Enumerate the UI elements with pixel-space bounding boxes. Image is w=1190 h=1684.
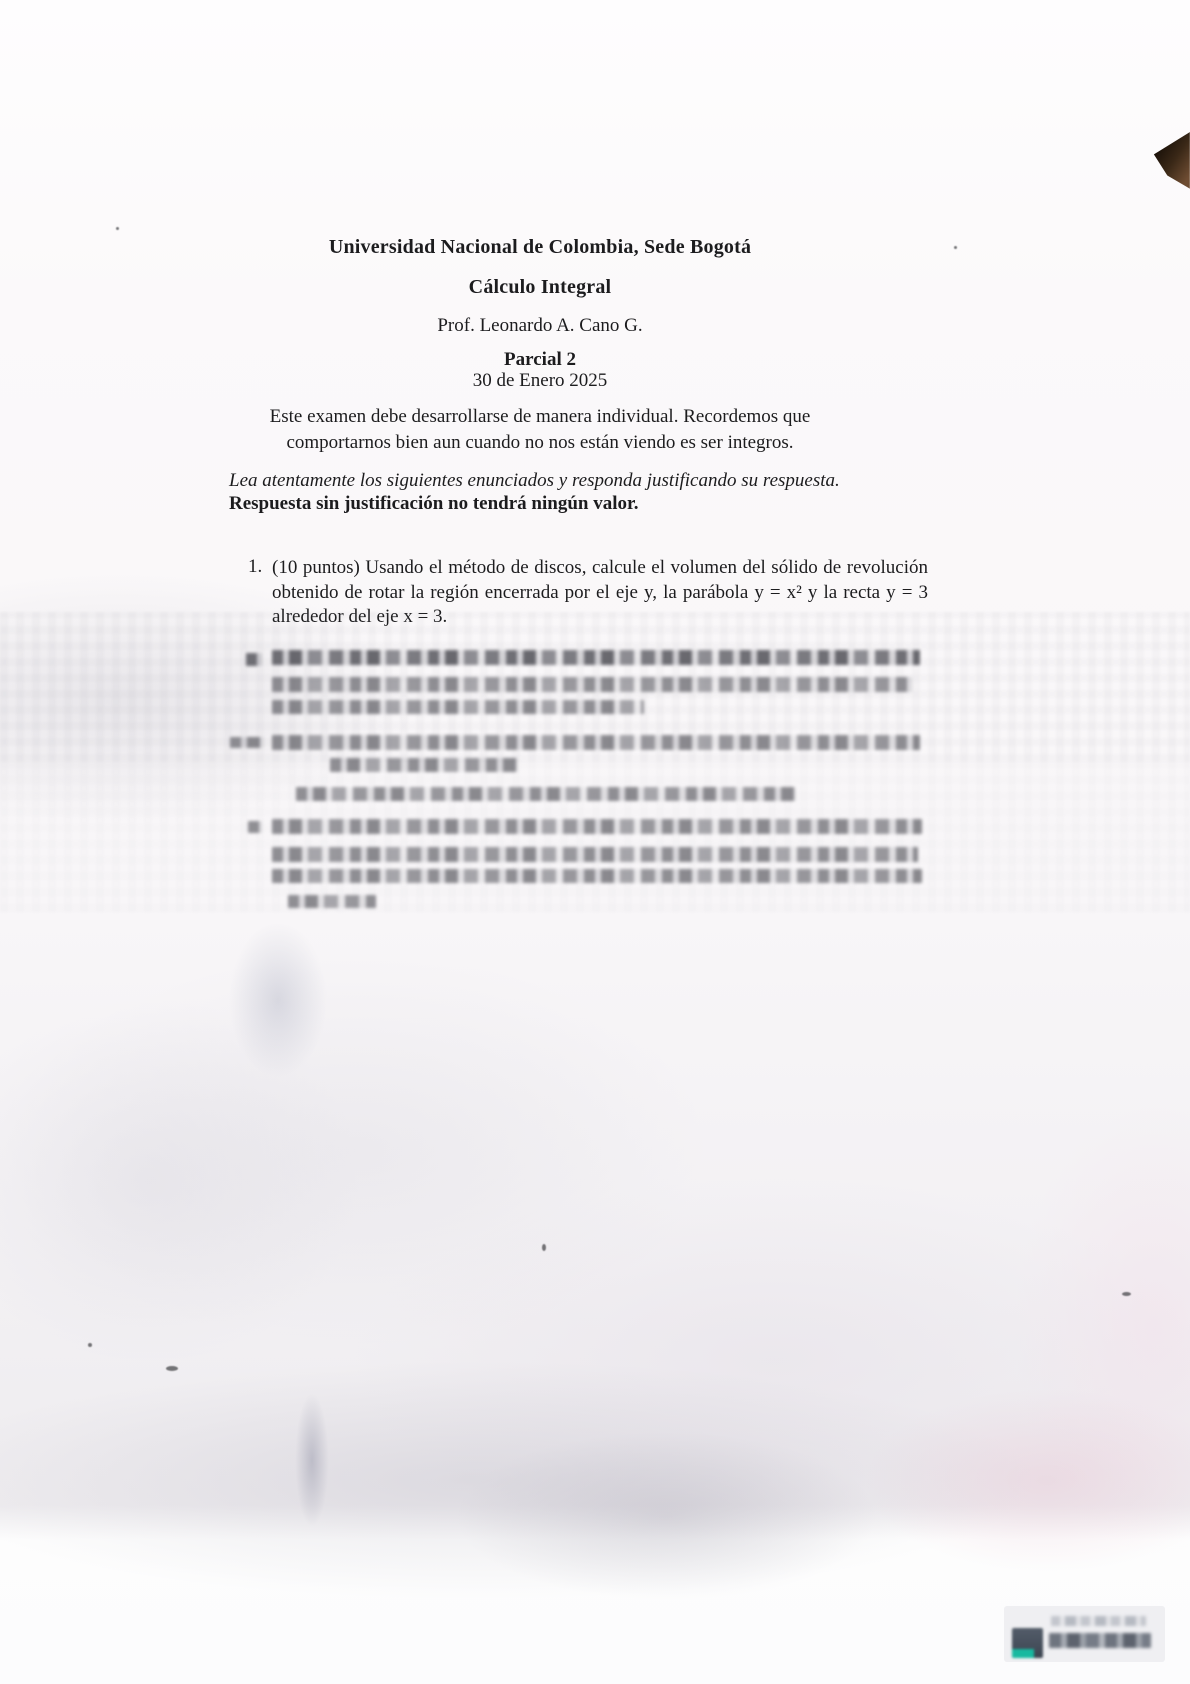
professor-name: Prof. Leonardo A. Cano G. [190,315,890,337]
watermark-text-top [1051,1616,1146,1626]
instruction-warning: Respuesta sin justificación no tendrá ni… [229,493,939,515]
redacted-text-line [272,677,912,692]
redacted-text-line [288,895,376,908]
redacted-text-line [272,819,922,834]
redacted-text-line [272,650,920,665]
scan-speck [1122,1292,1131,1296]
scanner-icon-teal-accent [1012,1649,1034,1658]
course-title: Cálculo Integral [190,276,890,299]
redacted-text-line [272,869,922,883]
exam-date: 30 de Enero 2025 [190,370,890,392]
scanned-exam-page: Universidad Nacional de Colombia, Sede B… [0,0,1190,1684]
exam-title: Parcial 2 [190,349,890,371]
watermark-text-bottom [1049,1633,1151,1648]
scan-speck [954,246,957,249]
redacted-text-line [246,653,262,666]
redacted-text-line [272,735,920,750]
torn-corner-artifact [1148,128,1190,194]
redacted-text-line [272,700,644,714]
scan-speck [542,1244,546,1251]
honor-statement: Este examen debe desarrollarse de manera… [245,404,835,456]
scan-speck [166,1366,178,1371]
redacted-text-line [230,737,264,748]
pixelation-band-lower [0,762,1190,912]
university-title: Universidad Nacional de Colombia, Sede B… [190,236,890,259]
scan-speck [88,1343,92,1347]
instruction-read-carefully: Lea atentamente los siguientes enunciado… [229,470,939,492]
redacted-text-line [248,821,262,833]
redacted-text-line [296,787,796,801]
scan-speck [116,227,119,230]
redacted-text-line [330,758,518,772]
redacted-text-line [272,847,918,862]
scanner-app-icon [1012,1628,1043,1658]
scanner-watermark-badge [1004,1606,1165,1662]
